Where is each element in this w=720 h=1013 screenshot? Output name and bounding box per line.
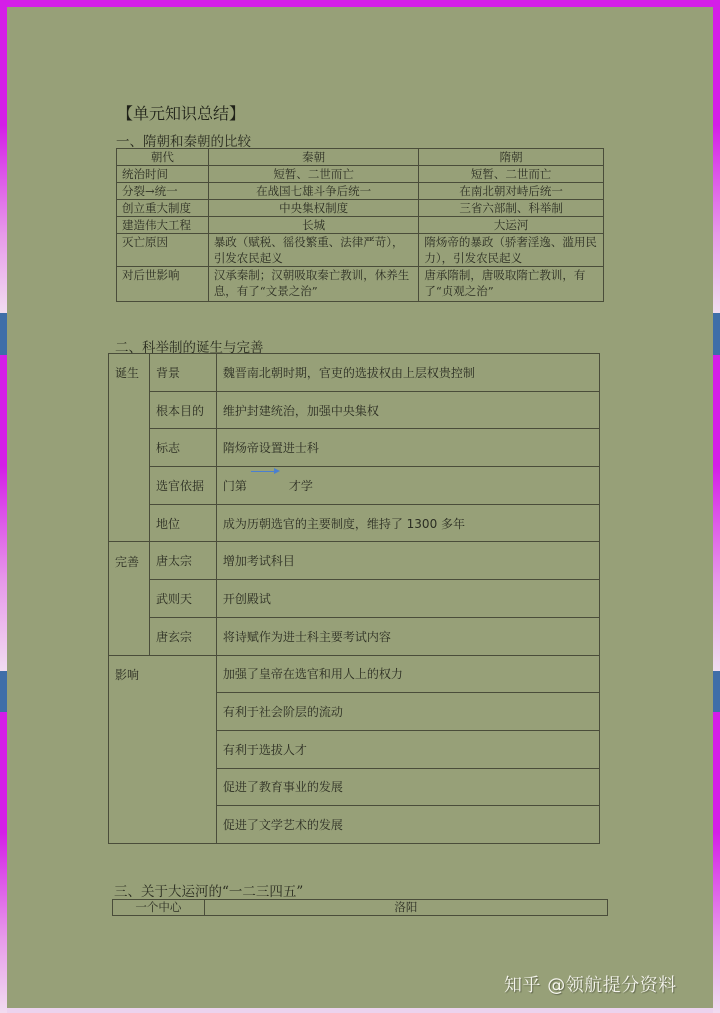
row-content: 加强了皇帝在选官和用人上的权力 bbox=[216, 655, 599, 693]
table-row: 影响 加强了皇帝在选官和用人上的权力 bbox=[109, 655, 600, 693]
row-content: 促进了文学艺术的发展 bbox=[216, 806, 599, 844]
sui-cell: 三省六部制、科举制 bbox=[419, 200, 604, 217]
sui-cell: 短暂、二世而亡 bbox=[419, 166, 604, 183]
table-row: 武则天 开创殿试 bbox=[109, 580, 600, 618]
table-row: 根本目的 维护封建统治，加强中央集权 bbox=[109, 391, 600, 429]
to-text: 才学 bbox=[289, 479, 313, 493]
table-row: 分裂→统一 在战国七雄斗争后统一 在南北朝对峙后统一 bbox=[117, 183, 604, 200]
sui-cell: 大运河 bbox=[419, 217, 604, 234]
table-row: 一个中心 洛阳 bbox=[113, 900, 608, 916]
row-content: 将诗赋作为进士科主要考试内容 bbox=[216, 617, 599, 655]
frame-top-border bbox=[0, 0, 720, 7]
frame-left-border bbox=[0, 0, 7, 1013]
row-label: 唐玄宗 bbox=[149, 617, 216, 655]
row-content: 隋炀帝设置进士科 bbox=[216, 429, 599, 467]
row-label: 灭亡原因 bbox=[117, 234, 209, 267]
table-row: 标志 隋炀帝设置进士科 bbox=[109, 429, 600, 467]
table-row: 唐玄宗 将诗赋作为进士科主要考试内容 bbox=[109, 617, 600, 655]
section1-heading: 一、隋朝和秦朝的比较 bbox=[116, 130, 251, 150]
row-label: 一个中心 bbox=[113, 900, 205, 916]
grand-canal-table: 一个中心 洛阳 bbox=[112, 899, 608, 916]
table-row: 统治时间 短暂、二世而亡 短暂、二世而亡 bbox=[117, 166, 604, 183]
table-row: 创立重大制度 中央集权制度 三省六部制、科举制 bbox=[117, 200, 604, 217]
zhihu-watermark: 知乎 @领航提分资料 bbox=[504, 971, 677, 997]
table-row: 诞生 背景 魏晋南北朝时期，官吏的选拔权由上层权贵控制 bbox=[109, 354, 600, 392]
table-row: 完善 唐太宗 增加考试科目 bbox=[109, 542, 600, 580]
qin-cell: 暴政（赋税、徭役繁重、法律严苛），引发农民起义 bbox=[208, 234, 419, 267]
row-label: 地位 bbox=[149, 504, 216, 542]
row-label: 建造伟大工程 bbox=[117, 217, 209, 234]
row-label: 背景 bbox=[149, 354, 216, 392]
table-row: 对后世影响 汉承秦制；汉朝吸取秦亡教训，休养生息，有了“文景之治” 唐承隋制，唐… bbox=[117, 267, 604, 302]
qin-sui-comparison-table: 朝代 秦朝 隋朝 统治时间 短暂、二世而亡 短暂、二世而亡 分裂→统一 在战国七… bbox=[116, 148, 604, 302]
group-label: 诞生 bbox=[109, 354, 150, 542]
header-cell: 秦朝 bbox=[208, 149, 419, 166]
header-cell: 隋朝 bbox=[419, 149, 604, 166]
qin-cell: 汉承秦制；汉朝吸取秦亡教训，休养生息，有了“文景之治” bbox=[208, 267, 419, 302]
section3-heading: 三、关于大运河的“一二三四五” bbox=[114, 880, 303, 900]
qin-cell: 长城 bbox=[208, 217, 419, 234]
row-content: 有利于选拔人才 bbox=[216, 730, 599, 768]
row-label: 分裂→统一 bbox=[117, 183, 209, 200]
arrow-right-icon bbox=[247, 480, 289, 490]
row-label: 标志 bbox=[149, 429, 216, 467]
row-content: 门第才学 bbox=[216, 467, 599, 505]
qin-cell: 中央集权制度 bbox=[208, 200, 419, 217]
row-label: 对后世影响 bbox=[117, 267, 209, 302]
table-row: 地位 成为历朝选官的主要制度，维持了 1300 多年 bbox=[109, 504, 600, 542]
table-row: 选官依据 门第才学 bbox=[109, 467, 600, 505]
qin-cell: 短暂、二世而亡 bbox=[208, 166, 419, 183]
table-row: 建造伟大工程 长城 大运河 bbox=[117, 217, 604, 234]
qin-cell: 在战国七雄斗争后统一 bbox=[208, 183, 419, 200]
row-content: 成为历朝选官的主要制度，维持了 1300 多年 bbox=[216, 504, 599, 542]
row-label: 唐太宗 bbox=[149, 542, 216, 580]
group-label: 完善 bbox=[109, 542, 150, 655]
row-label: 根本目的 bbox=[149, 391, 216, 429]
row-content: 开创殿试 bbox=[216, 580, 599, 618]
row-label: 武则天 bbox=[149, 580, 216, 618]
row-content: 维护封建统治，加强中央集权 bbox=[216, 391, 599, 429]
row-label: 创立重大制度 bbox=[117, 200, 209, 217]
header-cell: 朝代 bbox=[117, 149, 209, 166]
sui-cell: 唐承隋制，唐吸取隋亡教训，有了“贞观之治” bbox=[419, 267, 604, 302]
from-text: 门第 bbox=[223, 479, 247, 493]
frame-right-border bbox=[713, 0, 720, 1013]
row-content: 增加考试科目 bbox=[216, 542, 599, 580]
sui-cell: 隋炀帝的暴政（骄奢淫逸、滥用民力），引发农民起义 bbox=[419, 234, 604, 267]
row-label: 选官依据 bbox=[149, 467, 216, 505]
table-header-row: 朝代 秦朝 隋朝 bbox=[117, 149, 604, 166]
group-label: 影响 bbox=[109, 655, 217, 843]
page-title: 【单元知识总结】 bbox=[117, 101, 245, 124]
table-row: 灭亡原因 暴政（赋税、徭役繁重、法律严苛），引发农民起义 隋炀帝的暴政（骄奢淫逸… bbox=[117, 234, 604, 267]
sui-cell: 在南北朝对峙后统一 bbox=[419, 183, 604, 200]
row-content: 有利于社会阶层的流动 bbox=[216, 693, 599, 731]
frame-bottom-border bbox=[0, 1008, 720, 1013]
row-content: 魏晋南北朝时期，官吏的选拔权由上层权贵控制 bbox=[216, 354, 599, 392]
row-value: 洛阳 bbox=[204, 900, 607, 916]
row-content: 促进了教育事业的发展 bbox=[216, 768, 599, 806]
keju-system-table: 诞生 背景 魏晋南北朝时期，官吏的选拔权由上层权贵控制 根本目的 维护封建统治，… bbox=[108, 353, 600, 844]
row-label: 统治时间 bbox=[117, 166, 209, 183]
